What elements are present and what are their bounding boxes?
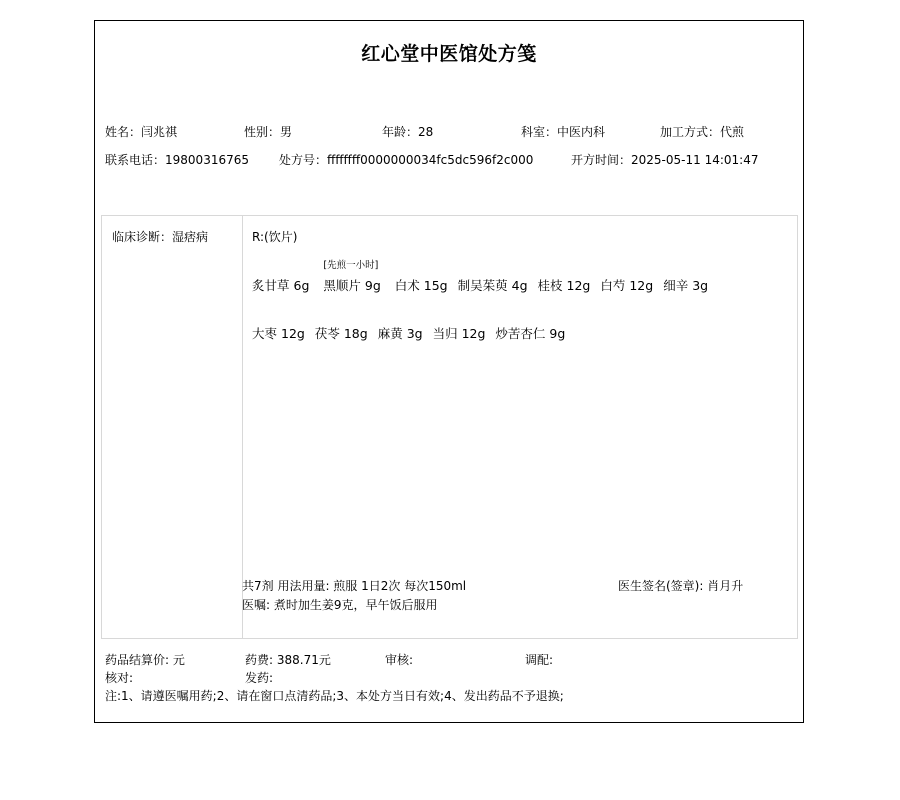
rx-header: R:(饮片) bbox=[252, 228, 297, 245]
rx-time-field: 开方时间：2025-05-11 14:01:47 bbox=[571, 151, 758, 168]
footer-notes: 注:1、请遵医嘱用药;2、请在窗口点清药品;3、本处方当日有效;4、发出药品不予… bbox=[105, 687, 564, 704]
herb-row-2: 大枣 12g 茯苓 18g 麻黄 3g 当归 12g 炒苦杏仁 9g bbox=[252, 324, 565, 342]
drug-fee-label: 药费: bbox=[245, 653, 277, 667]
document-title: 红心堂中医馆处方笺 bbox=[95, 39, 803, 66]
doctor-signature-label: 医生签名(签章): bbox=[618, 579, 707, 593]
usage-instructions: 共7剂 用法用量: 煎服 1日2次 每次150ml bbox=[242, 577, 466, 594]
rx-number: ffffffff0000000034fc5dc596f2c000 bbox=[327, 153, 533, 167]
prescription-box: 临床诊断：湿痞病 R:(饮片) 炙甘草 6g [先煎一小时]黑顺片 9g 白术 … bbox=[101, 215, 798, 639]
doctor-advice-label: 医嘱: bbox=[242, 598, 274, 612]
herb-item: 炙甘草 6g bbox=[252, 276, 309, 294]
department: 中医内科 bbox=[557, 125, 605, 139]
patient-gender-label: 性别： bbox=[244, 125, 280, 139]
patient-gender-field: 性别：男 bbox=[244, 123, 292, 140]
rx-number-label: 处方号： bbox=[279, 153, 327, 167]
herb-item: 麻黄 3g bbox=[378, 324, 423, 342]
drug-settlement-field: 药品结算价: 元 bbox=[105, 651, 185, 668]
diagnosis-value: 湿痞病 bbox=[172, 230, 208, 244]
diagnosis-label: 临床诊断： bbox=[112, 230, 172, 244]
check-field: 核对: bbox=[105, 669, 133, 686]
herb-item: 白术 15g bbox=[395, 276, 448, 294]
phone-label: 联系电话： bbox=[105, 153, 165, 167]
herb-item: 当归 12g bbox=[433, 324, 486, 342]
patient-name-field: 姓名：闫兆祺 bbox=[105, 123, 177, 140]
diagnosis-field: 临床诊断：湿痞病 bbox=[112, 228, 208, 245]
patient-age-label: 年龄： bbox=[382, 125, 418, 139]
herb-item: 大枣 12g bbox=[252, 324, 305, 342]
drug-fee-value: 388.71元 bbox=[277, 653, 331, 667]
herb-item: 细辛 3g bbox=[663, 276, 708, 294]
department-field: 科室：中医内科 bbox=[521, 123, 605, 140]
herb-item: [先煎一小时]黑顺片 9g bbox=[323, 276, 380, 294]
phone-field: 联系电话：19800316765 bbox=[105, 151, 249, 168]
phone-number: 19800316765 bbox=[165, 153, 249, 167]
issue-field: 发药: bbox=[245, 669, 273, 686]
doctor-name: 肖月升 bbox=[707, 579, 743, 593]
dispense-field: 调配: bbox=[525, 651, 553, 668]
drug-settlement-value: 元 bbox=[173, 653, 185, 667]
herb-item: 桂枝 12g bbox=[538, 276, 591, 294]
patient-age: 28 bbox=[418, 125, 433, 139]
herb-row-1: 炙甘草 6g [先煎一小时]黑顺片 9g 白术 15g 制吴茱萸 4g 桂枝 1… bbox=[252, 276, 708, 294]
processing-label: 加工方式： bbox=[660, 125, 720, 139]
processing-method: 代煎 bbox=[720, 125, 744, 139]
herb-item: 白芍 12g bbox=[600, 276, 653, 294]
doctor-advice-field: 医嘱: 煮时加生姜9克，早午饭后服用 bbox=[242, 596, 438, 613]
doctor-advice: 煮时加生姜9克，早午饭后服用 bbox=[274, 598, 438, 612]
department-label: 科室： bbox=[521, 125, 557, 139]
doctor-signature-field: 医生签名(签章): 肖月升 bbox=[618, 577, 743, 594]
patient-name-label: 姓名： bbox=[105, 125, 141, 139]
prescription-sheet: 红心堂中医馆处方笺 姓名：闫兆祺 性别：男 年龄：28 科室：中医内科 加工方式… bbox=[94, 20, 804, 723]
herb-item: 炒苦杏仁 9g bbox=[495, 324, 565, 342]
drug-fee-field: 药费: 388.71元 bbox=[245, 651, 331, 668]
patient-age-field: 年龄：28 bbox=[382, 123, 433, 140]
review-field: 审核: bbox=[385, 651, 413, 668]
drug-settlement-label: 药品结算价: bbox=[105, 653, 173, 667]
patient-gender: 男 bbox=[280, 125, 292, 139]
herb-item: 制吴茱萸 4g bbox=[458, 276, 528, 294]
rx-time-label: 开方时间： bbox=[571, 153, 631, 167]
rx-time: 2025-05-11 14:01:47 bbox=[631, 153, 758, 167]
rx-number-field: 处方号：ffffffff0000000034fc5dc596f2c000 bbox=[279, 151, 533, 168]
processing-field: 加工方式：代煎 bbox=[660, 123, 744, 140]
patient-name: 闫兆祺 bbox=[141, 125, 177, 139]
column-divider bbox=[242, 216, 243, 638]
herb-item: 茯苓 18g bbox=[315, 324, 368, 342]
herb-note: [先煎一小时] bbox=[323, 257, 378, 271]
